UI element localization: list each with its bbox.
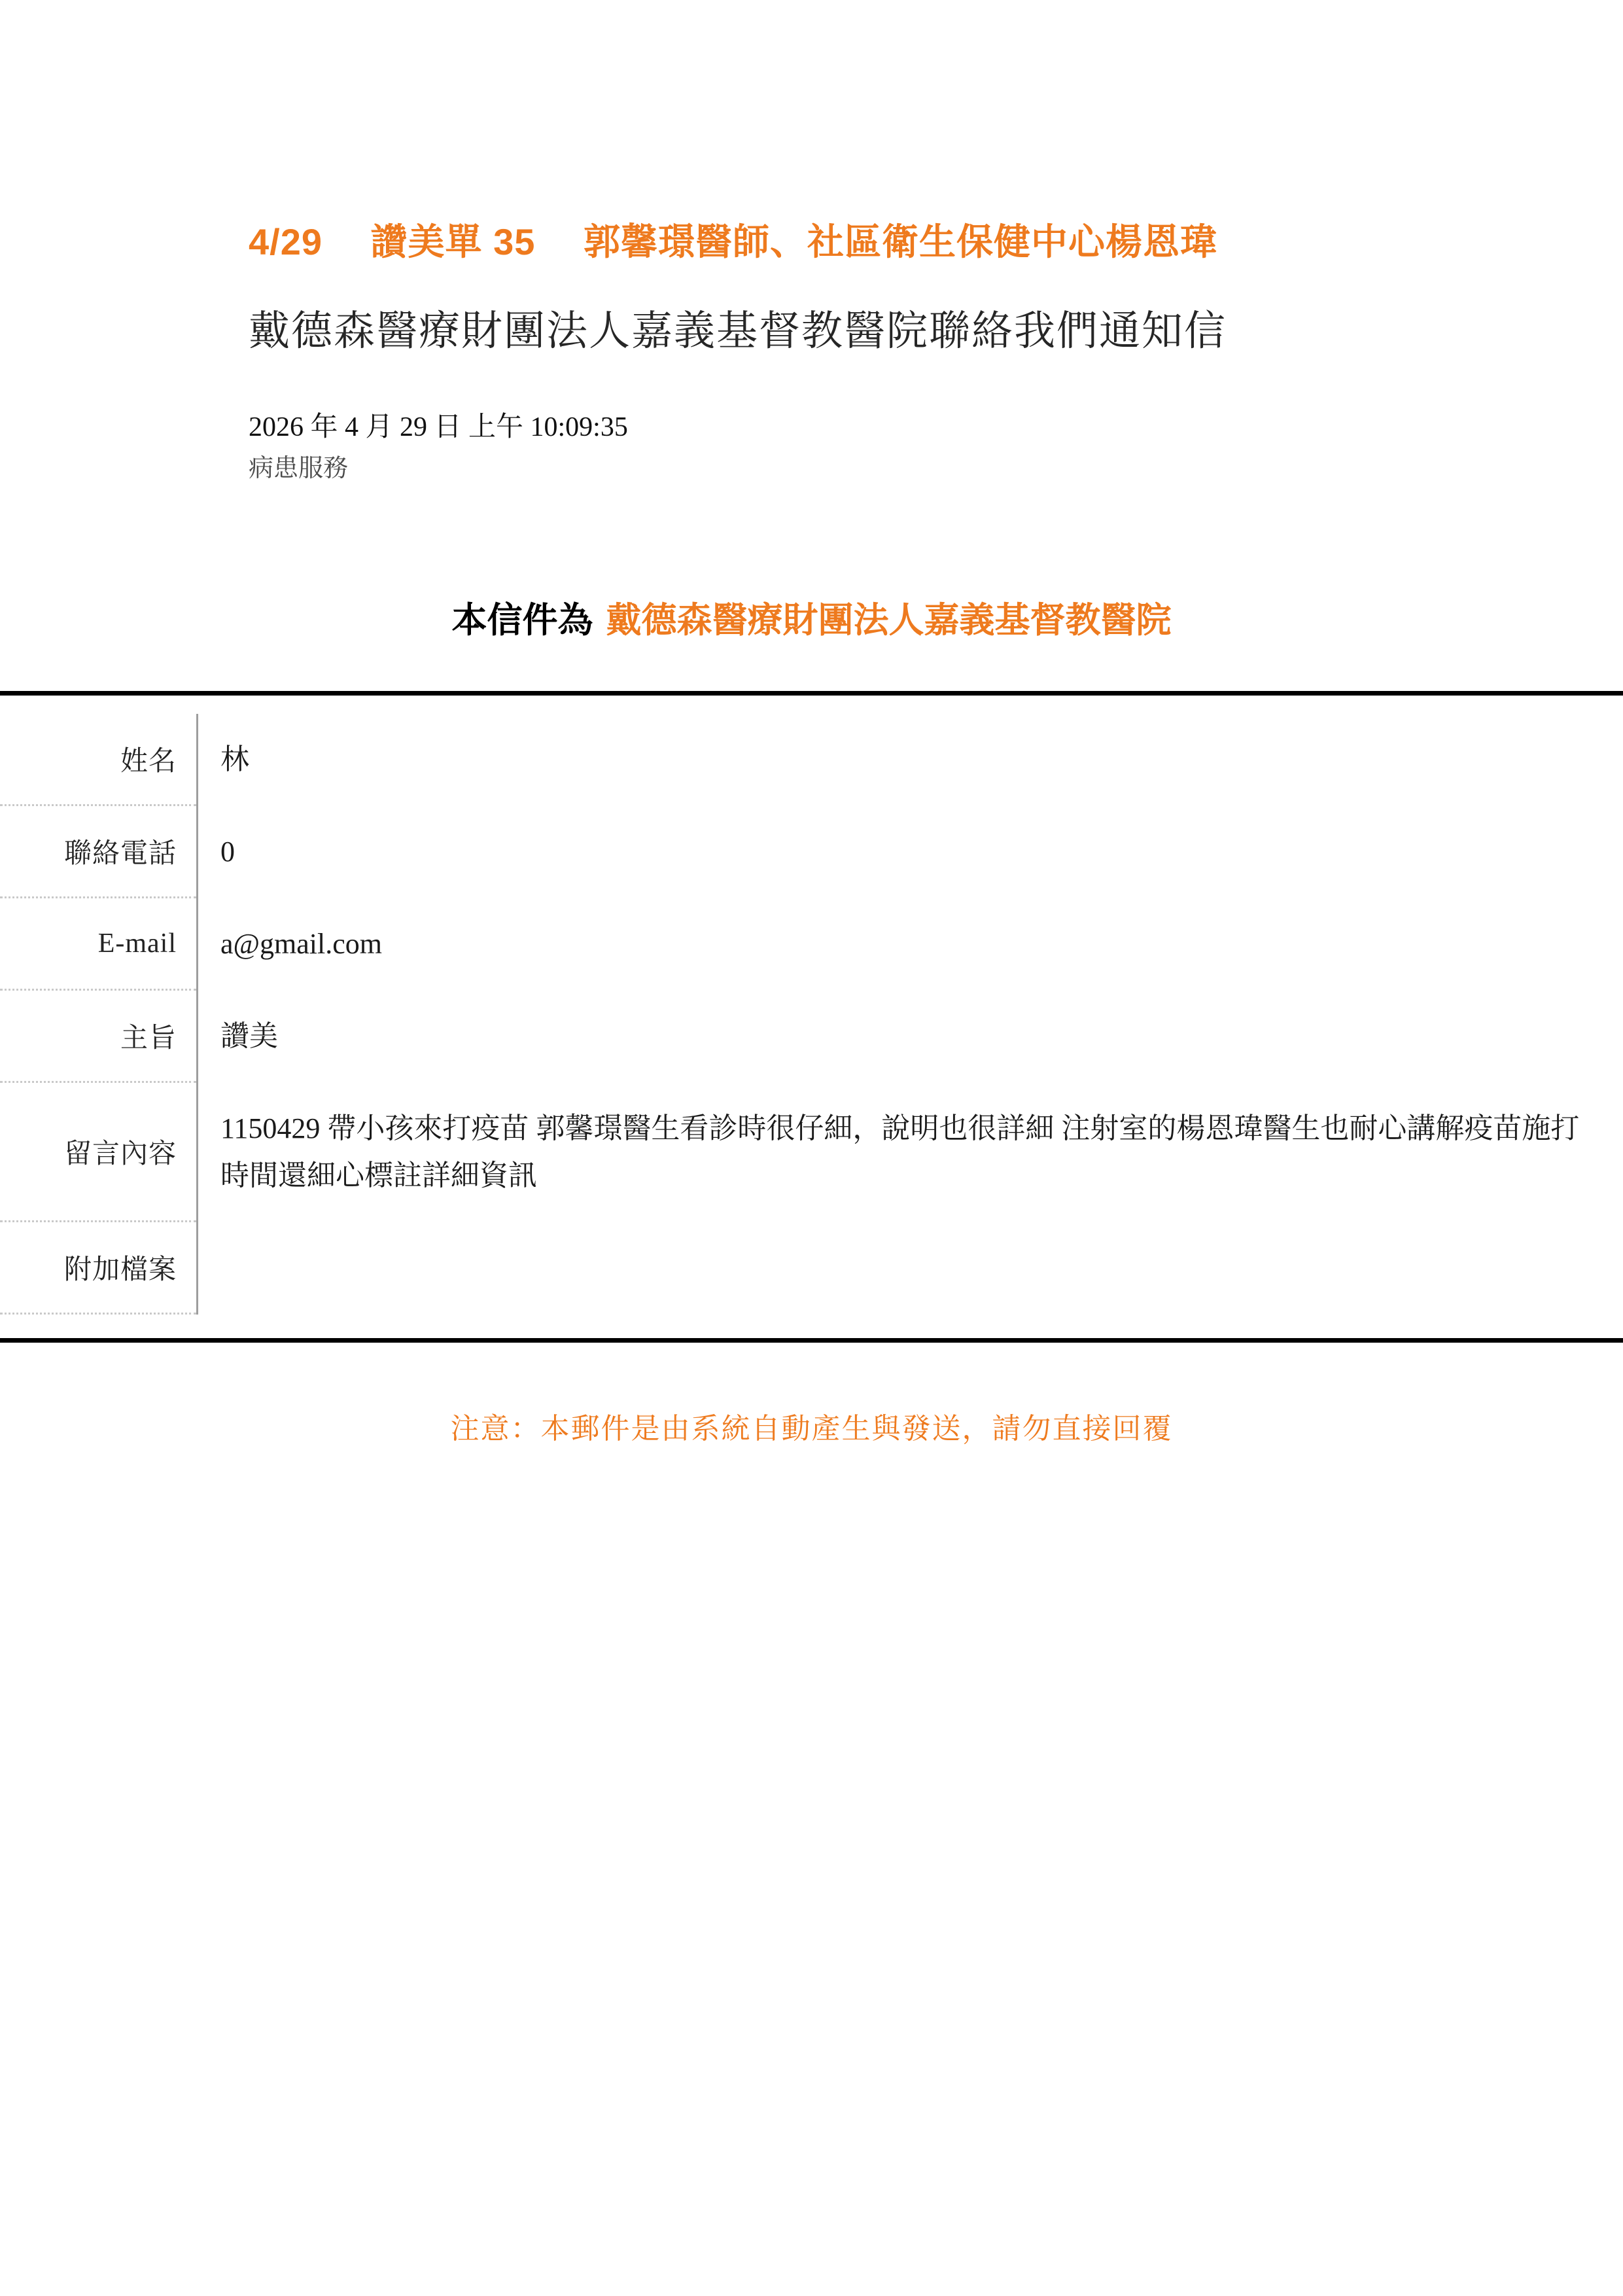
- email-datetime: 2026 年 4 月 29 日 上午 10:09:35: [249, 411, 1374, 444]
- contact-form-table: 姓名 林 聯絡電話 0 E-mail a@gmail.com 主旨 讚美 留言內…: [0, 714, 1623, 1315]
- form-row-topic: 主旨 讚美: [0, 991, 1623, 1083]
- form-row-email: E-mail a@gmail.com: [0, 898, 1623, 991]
- field-value-email: a@gmail.com: [196, 898, 1623, 991]
- form-row-name: 姓名 林: [0, 714, 1623, 806]
- auto-reply-warning: 注意：本郵件是由系統自動產生與發送，請勿直接回覆: [0, 1412, 1623, 1447]
- field-label-attachment: 附加檔案: [0, 1222, 196, 1315]
- field-value-topic: 讚美: [196, 991, 1623, 1083]
- notification-title: 戴德森醫療財團法人嘉義基督教醫院聯絡我們通知信: [249, 307, 1374, 357]
- field-label-message: 留言內容: [0, 1083, 196, 1222]
- field-label-email: E-mail: [0, 898, 196, 991]
- top-divider-rule: [0, 691, 1623, 696]
- form-row-phone: 聯絡電話 0: [0, 806, 1623, 898]
- field-value-attachment: [196, 1222, 1623, 1315]
- field-value-name: 林: [196, 714, 1623, 806]
- hospital-name-text: 戴德森醫療財團法人嘉義基督教醫院: [606, 601, 1172, 640]
- field-label-topic: 主旨: [0, 991, 196, 1083]
- email-subject-line: 4/29 讚美單 35 郭馨璟醫師、社區衛生保健中心楊恩瑋: [249, 220, 1374, 264]
- field-value-phone: 0: [196, 806, 1623, 898]
- bottom-divider-rule: [0, 1338, 1623, 1343]
- email-notification-page: 4/29 讚美單 35 郭馨璟醫師、社區衛生保健中心楊恩瑋 戴德森醫療財團法人嘉…: [0, 0, 1623, 2296]
- sender-notice-line: 本信件為戴德森醫療財團法人嘉義基督教醫院: [0, 599, 1623, 642]
- form-row-attachment: 附加檔案: [0, 1222, 1623, 1315]
- form-row-message: 留言內容 1150429 帶小孩來打疫苗 郭馨璟醫生看診時很仔細，說明也很詳細 …: [0, 1083, 1623, 1222]
- notice-prefix-text: 本信件為: [452, 601, 593, 640]
- email-header-block: 4/29 讚美單 35 郭馨璟醫師、社區衛生保健中心楊恩瑋 戴德森醫療財團法人嘉…: [0, 0, 1623, 484]
- field-label-phone: 聯絡電話: [0, 806, 196, 898]
- email-category-label: 病患服務: [249, 454, 1374, 484]
- field-value-message: 1150429 帶小孩來打疫苗 郭馨璟醫生看診時很仔細，說明也很詳細 注射室的楊…: [196, 1083, 1623, 1222]
- field-label-name: 姓名: [0, 714, 196, 806]
